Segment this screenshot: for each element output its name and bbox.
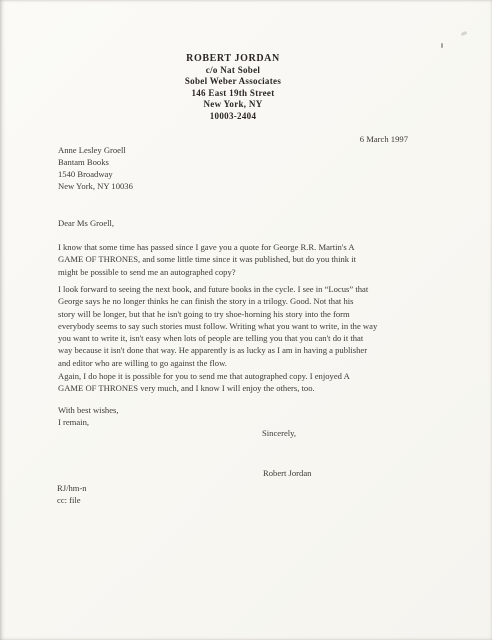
letterhead-line: c/o Nat Sobel (0, 65, 466, 76)
recipient-line: 1540 Broadway (58, 168, 133, 180)
recipient-address: Anne Lesley Groell Bantam Books 1540 Bro… (58, 144, 133, 192)
paragraph-line: GAME OF THRONES, and some little time si… (58, 253, 426, 265)
paragraph-line: I look forward to seeing the next book, … (58, 283, 426, 295)
letterhead-line: Sobel Weber Associates (0, 76, 466, 87)
paragraph-3: Again, I do hope it is possible for you … (58, 370, 426, 395)
letterhead-line: 146 East 19th Street (0, 88, 466, 99)
cc-line: cc: file (57, 494, 87, 506)
closing-line: With best wishes, (58, 404, 119, 416)
scanned-letter-page: ROBERT JORDAN c/o Nat Sobel Sobel Weber … (0, 0, 492, 640)
paragraph-2: I look forward to seeing the next book, … (58, 283, 426, 369)
letterhead: ROBERT JORDAN c/o Nat Sobel Sobel Weber … (0, 53, 466, 122)
paragraph-line: story will be longer, but that he isn't … (58, 308, 426, 320)
recipient-line: Bantam Books (58, 156, 133, 168)
signoff: Sincerely, (262, 428, 296, 438)
closing-line: I remain, (58, 416, 119, 428)
paragraph-line: Again, I do hope it is possible for you … (58, 370, 426, 382)
paragraph-line: I know that some time has passed since I… (58, 241, 426, 253)
paragraph-line: way because it isn't done that way. He a… (58, 344, 426, 356)
salutation: Dear Ms Groell, (58, 218, 114, 228)
letterhead-name: ROBERT JORDAN (0, 53, 466, 65)
letter-date: 6 March 1997 (360, 134, 408, 144)
recipient-line: New York, NY 10036 (58, 180, 133, 192)
paragraph-line: you want to write it, isn't easy when lo… (58, 332, 426, 344)
scan-speck (441, 43, 443, 48)
signature-name: Robert Jordan (263, 468, 311, 478)
recipient-line: Anne Lesley Groell (58, 144, 133, 156)
paragraph-1: I know that some time has passed since I… (58, 241, 426, 278)
paragraph-line: GAME OF THRONES very much, and I know I … (58, 382, 426, 394)
letterhead-line: New York, NY (0, 99, 466, 110)
letterhead-line: 10003-2404 (0, 111, 466, 122)
paragraph-line: and editor who are willing to go against… (58, 357, 426, 369)
paragraph-line: might be possible to send me an autograp… (58, 266, 426, 278)
paragraph-line: George says he no longer thinks he can f… (58, 295, 426, 307)
typist-reference: RJ/hm-n (57, 482, 87, 494)
scan-speck (461, 31, 468, 36)
paragraph-line: everybody seems to say such stories must… (58, 320, 426, 332)
reference-block: RJ/hm-n cc: file (57, 482, 87, 507)
closing: With best wishes, I remain, (58, 404, 119, 429)
